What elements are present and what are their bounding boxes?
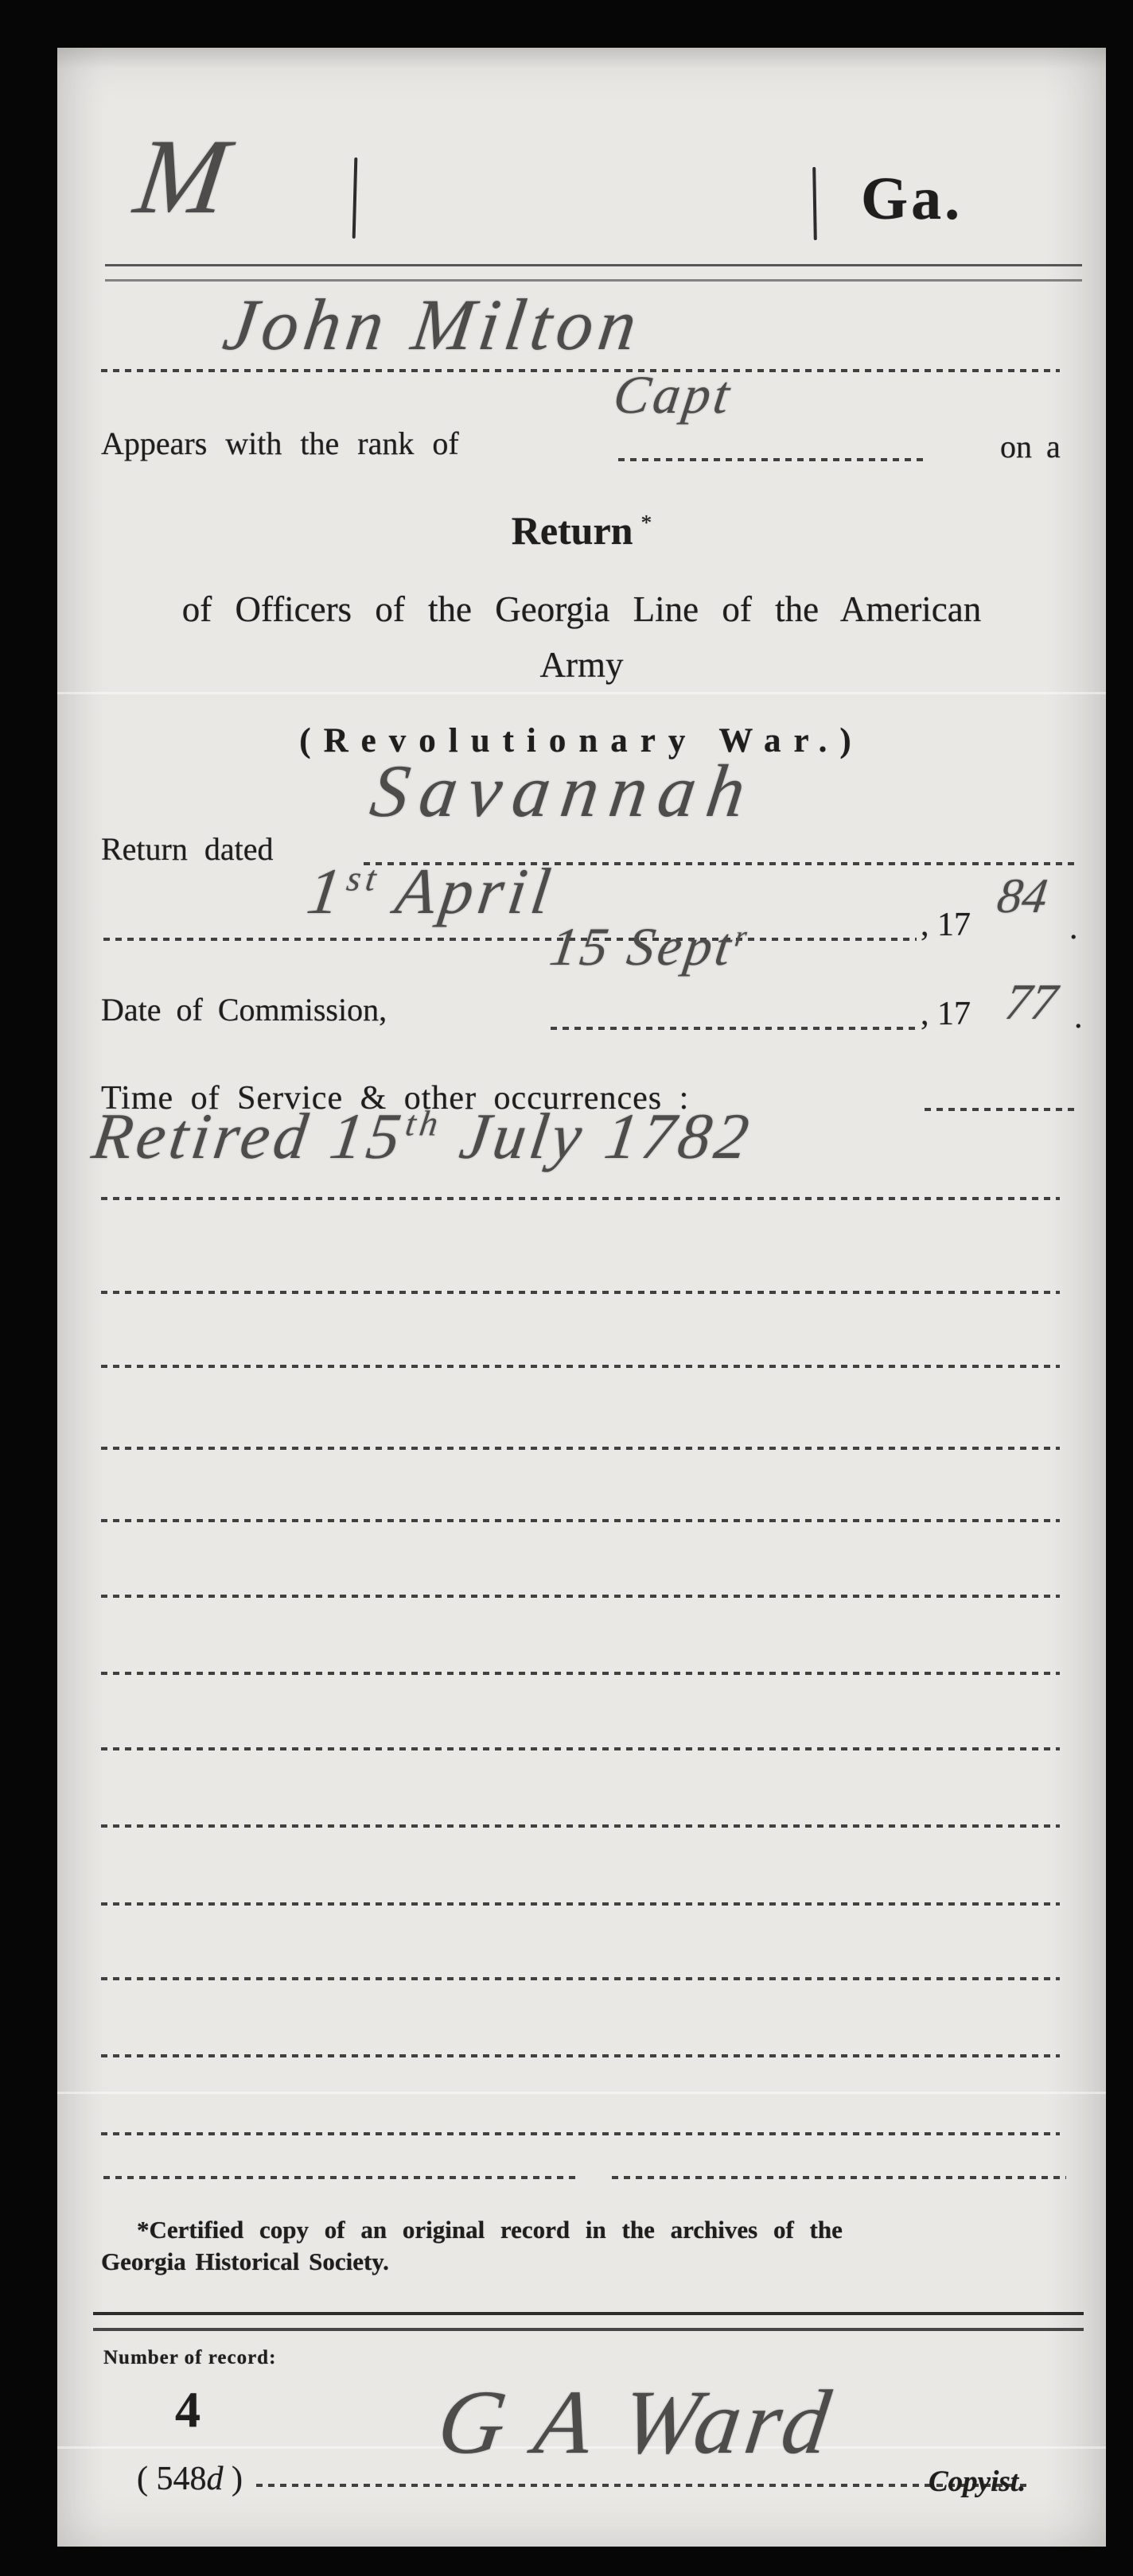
blank-dotted-line bbox=[101, 2054, 1060, 2057]
header-rule-1 bbox=[105, 264, 1082, 266]
blank-dotted-line bbox=[101, 1902, 1060, 1906]
copyist-label: Copyist. bbox=[929, 2467, 1026, 2496]
header-rule-2 bbox=[105, 279, 1082, 282]
commission-year-handwritten: 77 bbox=[1003, 977, 1061, 1028]
commission-year-printed: , 17 bbox=[921, 997, 971, 1031]
rank-value-handwritten: Capt bbox=[610, 367, 736, 422]
blank-dotted-line bbox=[101, 1672, 1060, 1675]
paper-crease bbox=[57, 2092, 1106, 2094]
blank-dotted-line bbox=[101, 1365, 1060, 1368]
blank-dotted-line bbox=[101, 1595, 1060, 1598]
section-letter-handwritten: M bbox=[130, 123, 234, 231]
paper-crease bbox=[57, 692, 1106, 694]
commission-date-main: 15 Sept bbox=[547, 916, 738, 977]
footer-rule-1 bbox=[93, 2312, 1084, 2315]
record-number-label: Number of record: bbox=[103, 2348, 276, 2368]
blank-dotted-line-split-left bbox=[103, 2176, 581, 2179]
return-date-dotted-line bbox=[103, 938, 917, 941]
commission-year-period: . bbox=[1074, 1000, 1083, 1034]
signature-dotted-line bbox=[256, 2484, 1032, 2487]
return-heading-asterisk: * bbox=[641, 510, 652, 534]
rank-dotted-line bbox=[618, 458, 925, 461]
card-code: ( 548d ) bbox=[137, 2462, 243, 2496]
rank-line-label: Appears with the rank of bbox=[101, 428, 459, 460]
blank-dotted-line bbox=[101, 1747, 1060, 1750]
return-year-period: . bbox=[1069, 911, 1078, 945]
blank-dotted-line bbox=[101, 1291, 1060, 1294]
rank-line-suffix: on a bbox=[1000, 431, 1061, 463]
blank-dotted-line bbox=[101, 1519, 1060, 1522]
return-place-handwritten: Savannah bbox=[366, 754, 761, 829]
record-card: M Ga. John Milton Appears with the rank … bbox=[57, 48, 1106, 2547]
footnote-line2: Georgia Historical Society. bbox=[101, 2249, 389, 2274]
commission-dotted-line bbox=[551, 1027, 917, 1030]
footer-rule-2 bbox=[93, 2328, 1084, 2331]
card-code-close: ) bbox=[224, 2461, 243, 2497]
commission-date-handwritten: 15 Septr bbox=[547, 919, 752, 973]
blank-dotted-line bbox=[101, 1824, 1060, 1828]
blank-dotted-line-split-right bbox=[612, 2176, 1066, 2179]
record-number-value: 4 bbox=[175, 2384, 201, 2435]
service-entry-dotted-line bbox=[101, 1197, 1060, 1200]
return-date-month: April bbox=[391, 855, 559, 927]
ink-stroke-divider-1 bbox=[352, 157, 358, 239]
return-year-handwritten: 84 bbox=[995, 872, 1051, 921]
state-label: Ga. bbox=[861, 169, 963, 229]
return-heading-word: Return bbox=[512, 508, 633, 553]
blank-dotted-line bbox=[101, 1447, 1060, 1450]
blank-dotted-line bbox=[101, 1977, 1060, 1980]
return-dated-label: Return dated bbox=[101, 833, 274, 865]
return-date-ordinal: st bbox=[345, 859, 384, 899]
ink-stroke-divider-2 bbox=[812, 167, 817, 240]
return-date-day: 1 bbox=[303, 855, 351, 927]
return-year-printed: , 17 bbox=[921, 908, 971, 942]
service-entry-handwritten: Retired 15thJuly 1782 bbox=[88, 1104, 756, 1169]
service-entry-rest: July 1782 bbox=[456, 1100, 757, 1172]
service-entry-sup: th bbox=[403, 1104, 445, 1144]
return-heading: Return* bbox=[57, 511, 1106, 550]
name-dotted-line bbox=[101, 369, 1060, 372]
soldier-name-handwritten: John Milton bbox=[220, 288, 647, 361]
service-label-dotted-line bbox=[925, 1108, 1080, 1111]
return-subtitle-line1: of Officers of the Georgia Line of the A… bbox=[57, 592, 1106, 627]
card-code-open: ( 548 bbox=[137, 2461, 207, 2497]
scan-background: { "document": { "header": { "section_let… bbox=[0, 0, 1133, 2576]
copyist-signature-handwritten: G A Ward bbox=[433, 2376, 840, 2468]
commission-label: Date of Commission, bbox=[101, 994, 387, 1026]
blank-dotted-line bbox=[101, 2132, 1060, 2135]
card-code-italic: d bbox=[207, 2461, 224, 2497]
footnote-line1: *Certified copy of an original record in… bbox=[137, 2217, 843, 2242]
return-subtitle-line2: Army bbox=[57, 647, 1106, 683]
return-date-handwritten: 1stApril bbox=[303, 859, 559, 924]
service-entry-main: Retired 15 bbox=[88, 1100, 410, 1172]
